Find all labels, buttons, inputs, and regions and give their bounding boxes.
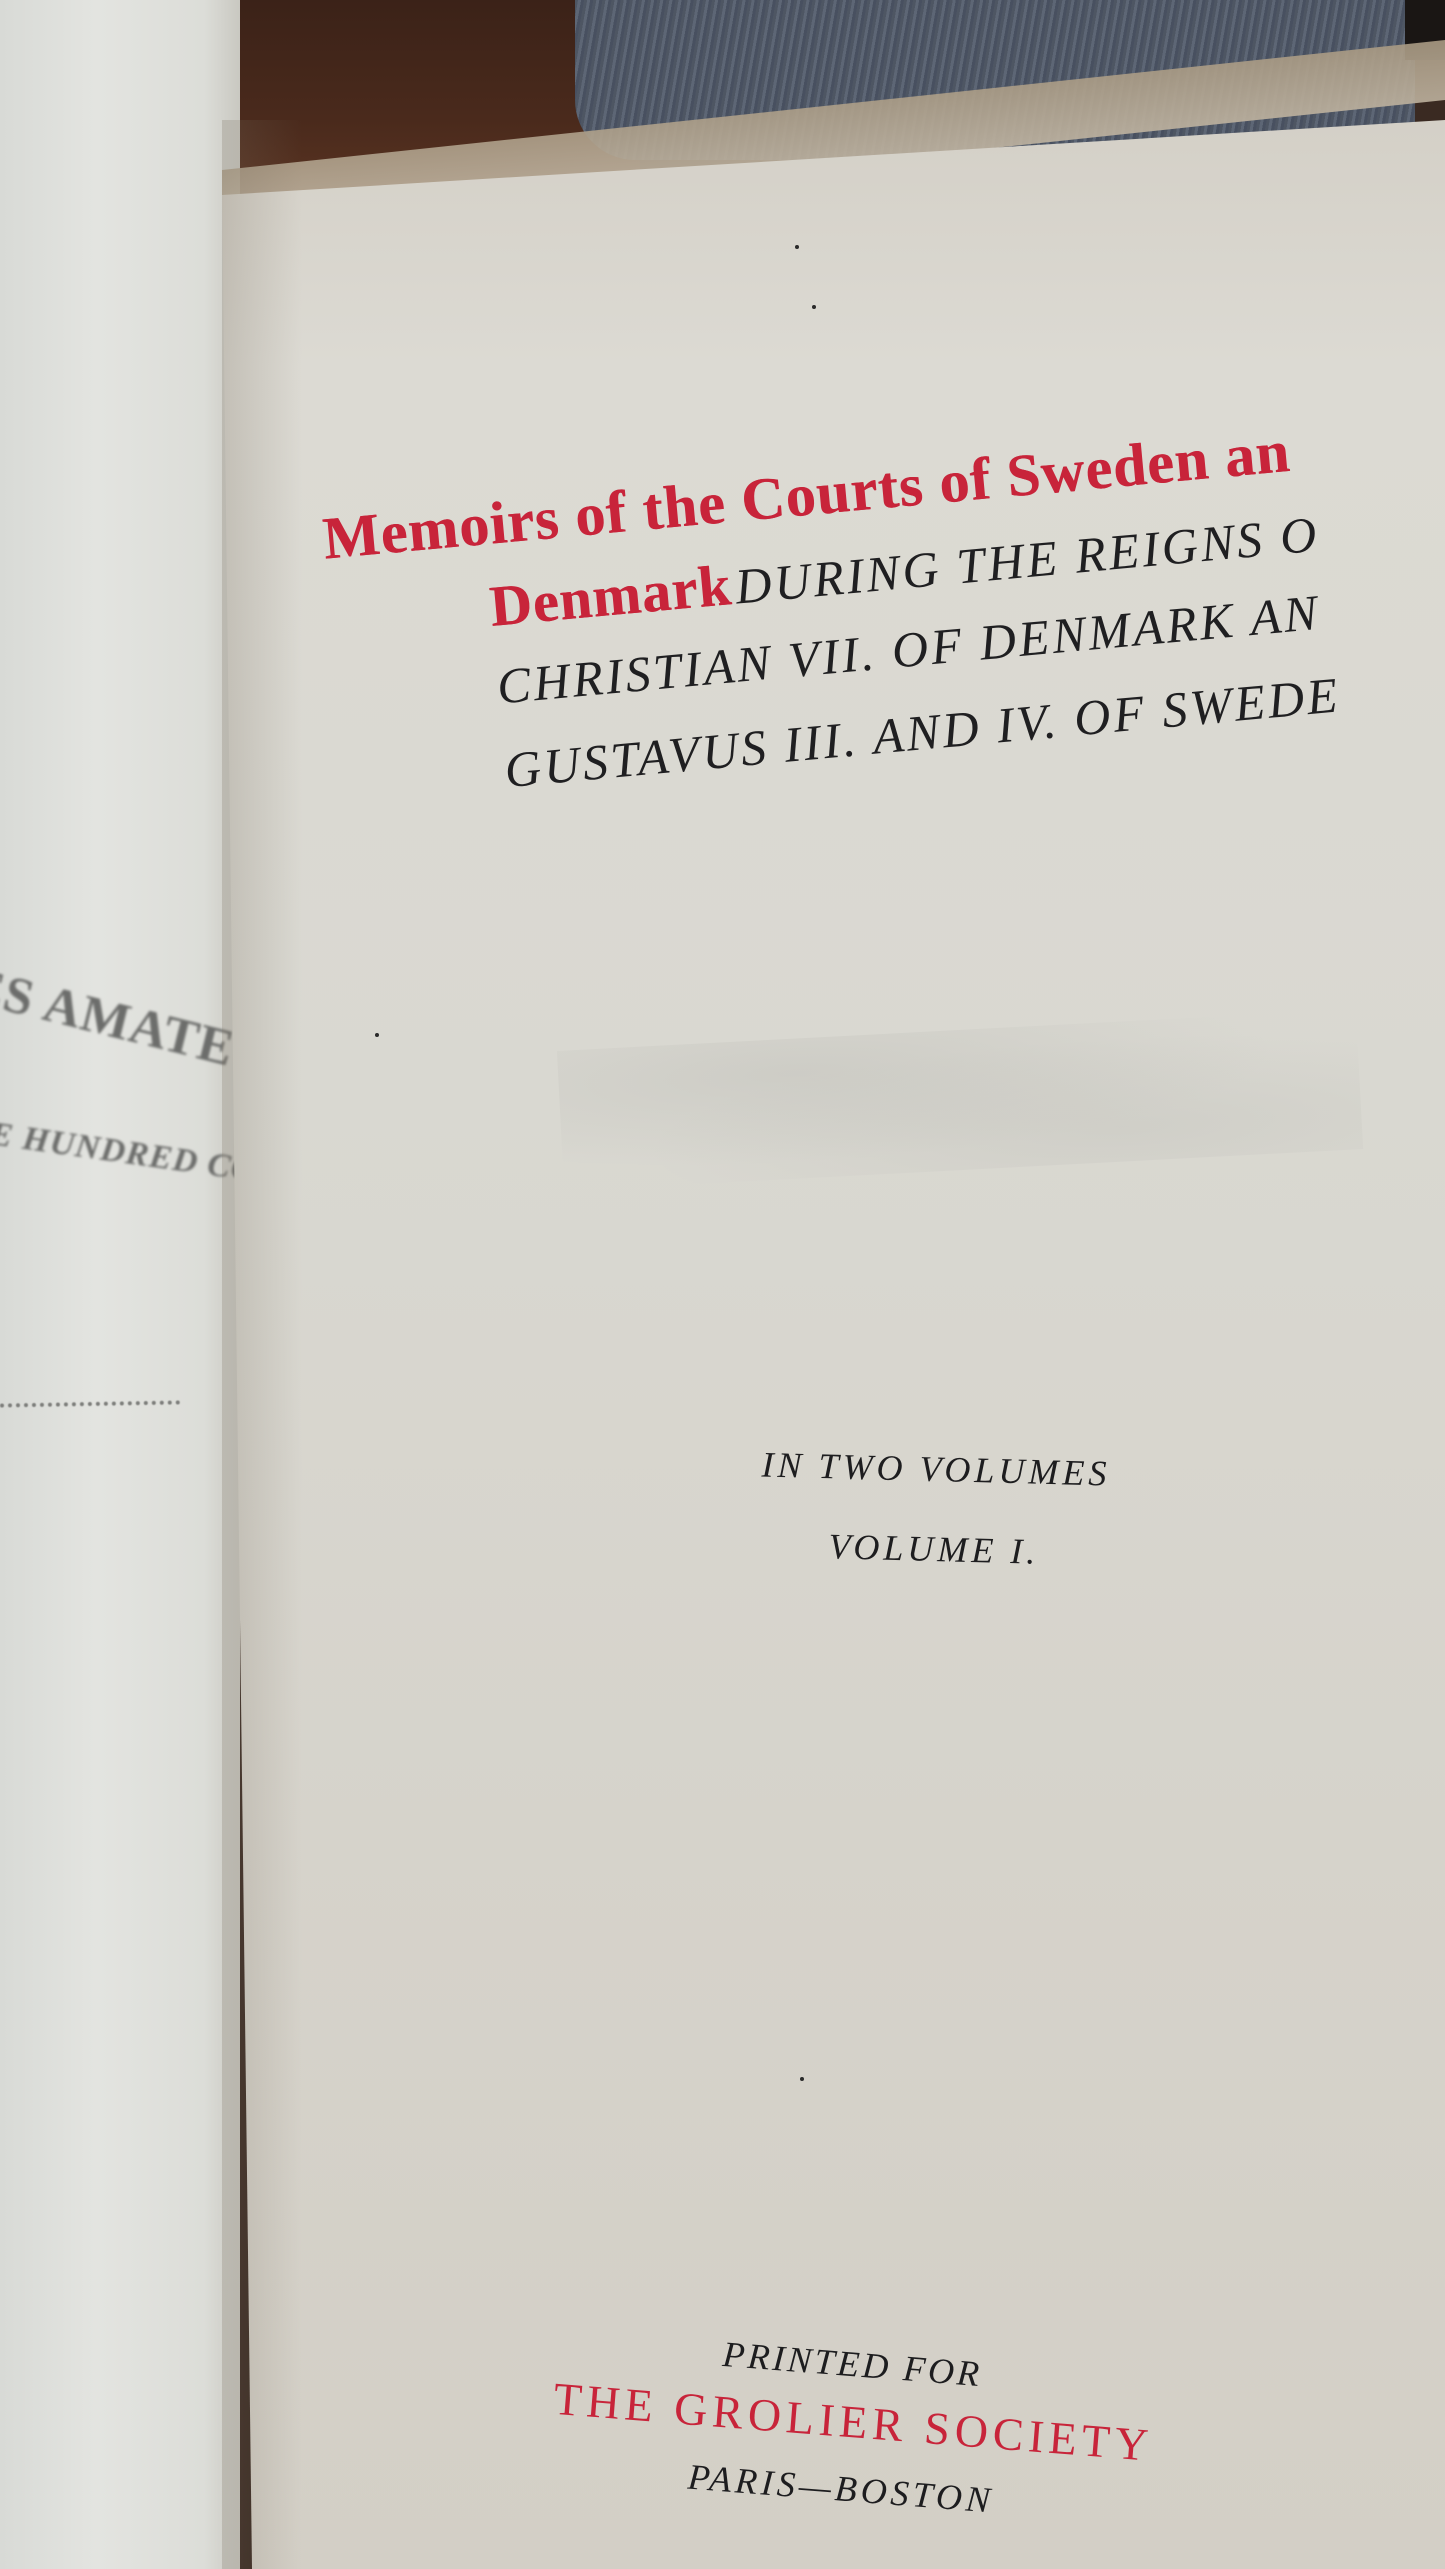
paper-speck <box>375 1033 379 1037</box>
paper-speck <box>800 2077 804 2081</box>
left-facing-page: ES AMATEURS E HUNDRED COPIES <box>0 0 240 2569</box>
paper-speck <box>812 305 816 309</box>
volume-info: IN TWO VOLUMES VOLUME I. <box>653 1441 1216 1578</box>
dotted-rule <box>0 1400 180 1407</box>
gutter-shadow <box>222 120 302 2569</box>
paper-speck <box>795 245 799 249</box>
